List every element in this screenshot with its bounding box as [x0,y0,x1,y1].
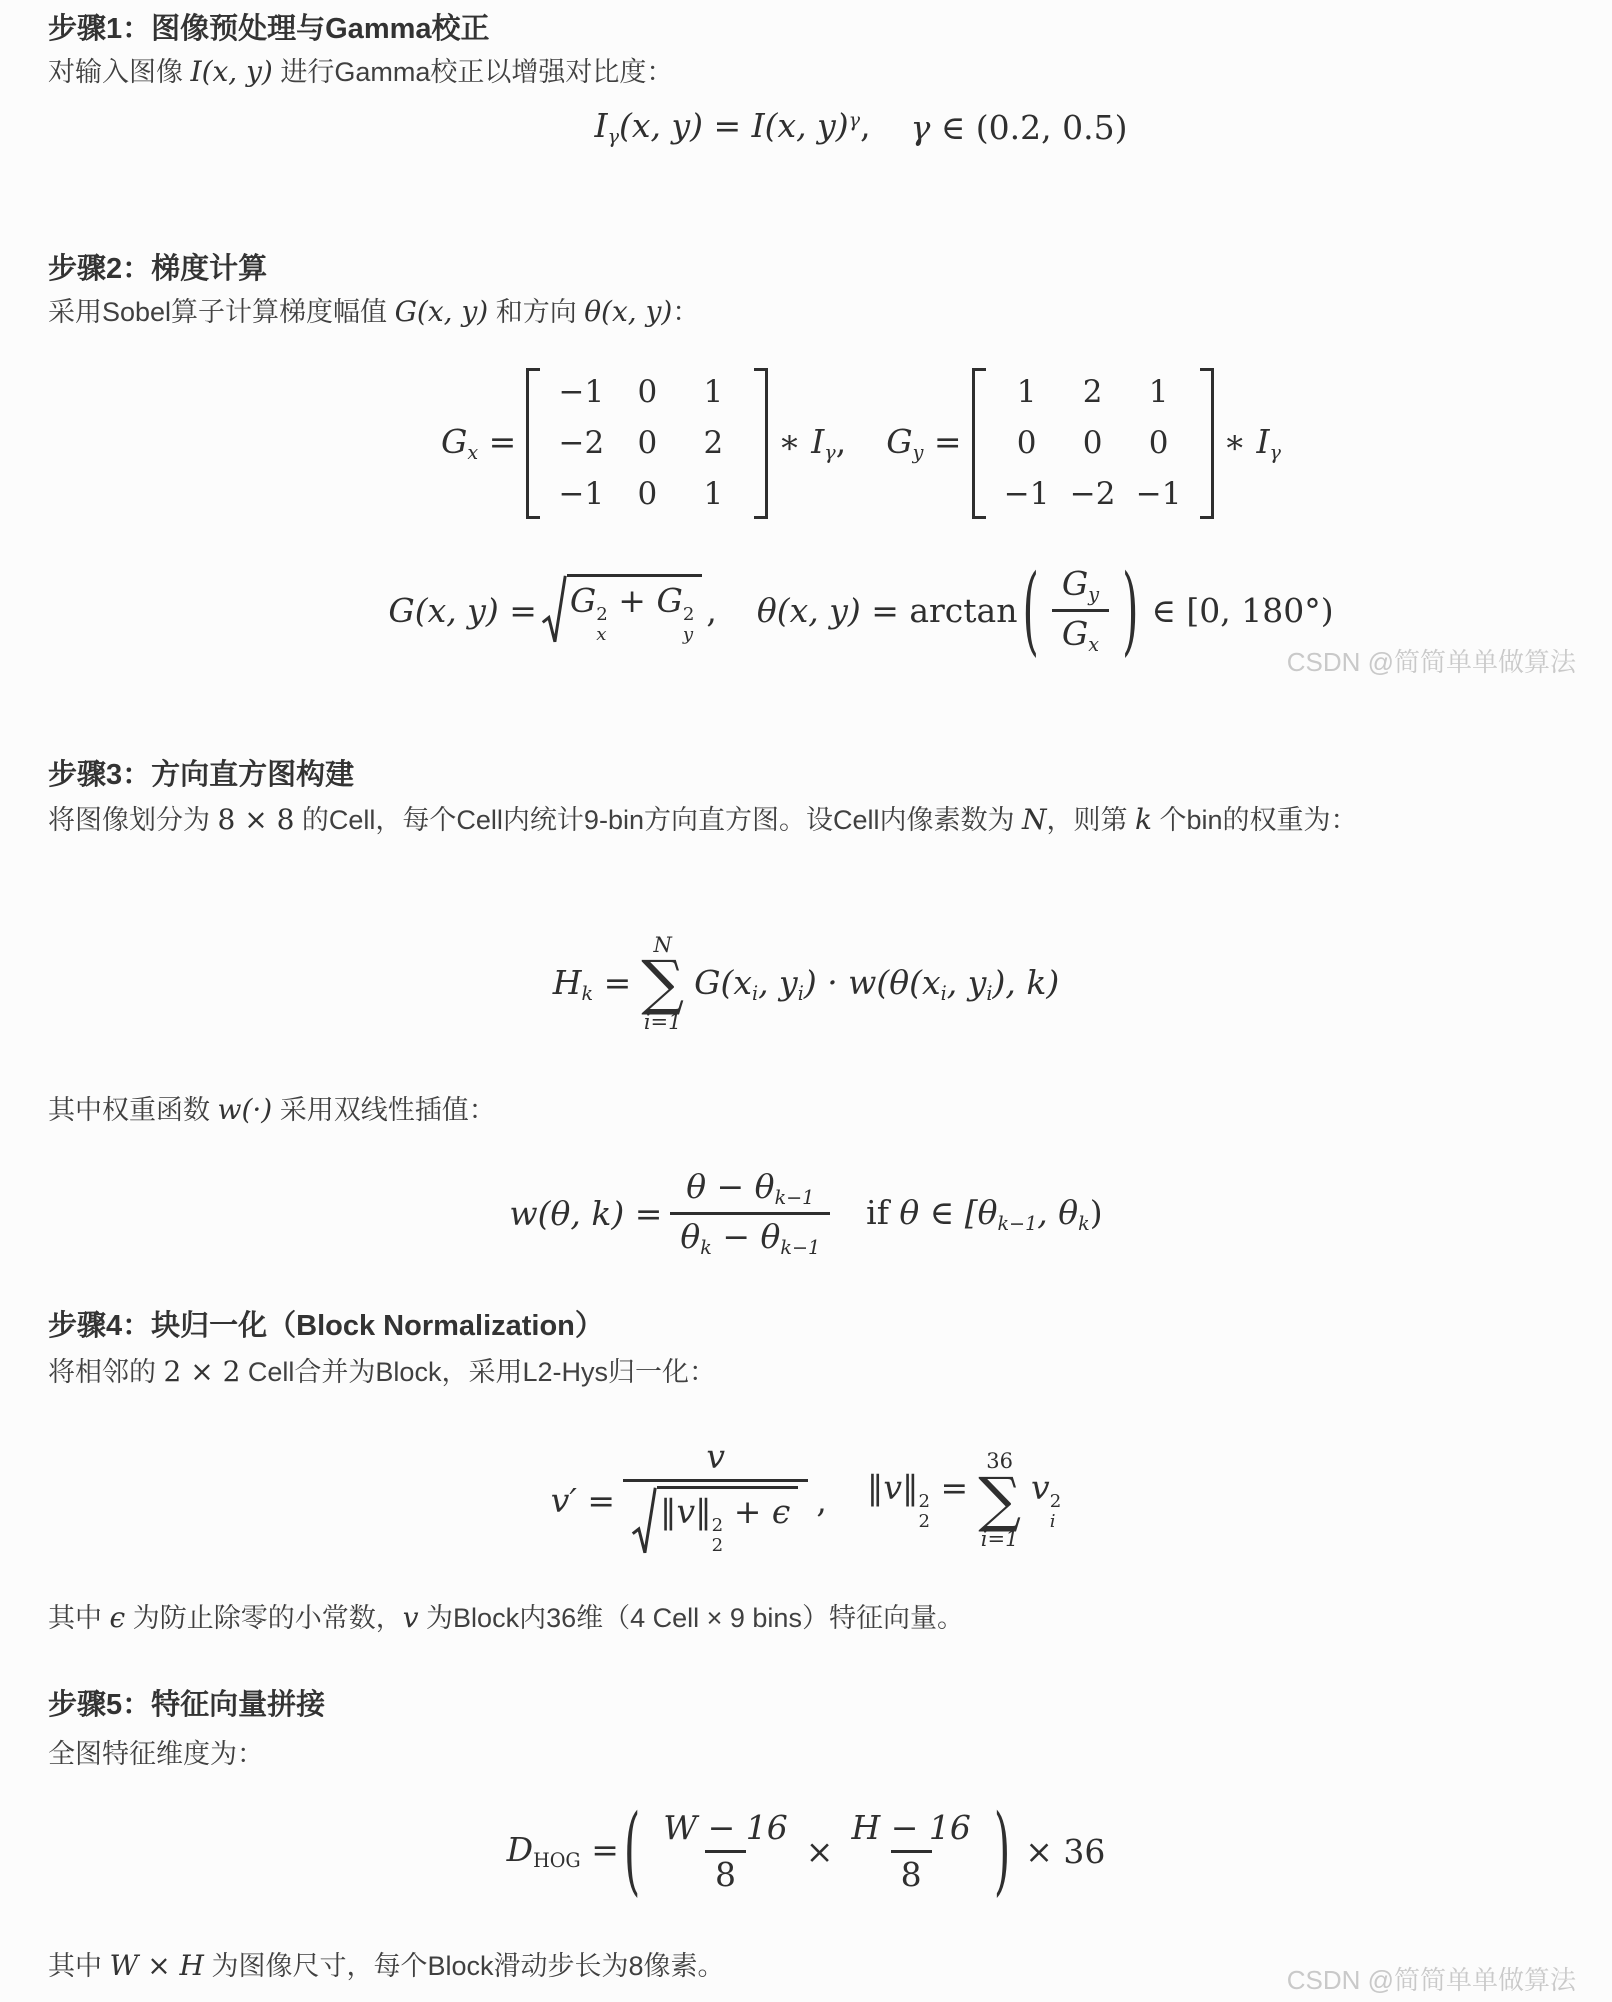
matrix-cell: 0 [1017,428,1037,459]
inline-math: w(·) [218,1093,273,1126]
matrix-cell: −2 [1070,479,1116,510]
math-run: v′ = [551,1481,615,1520]
text-run: Cell合并为Block，采用L2-Hys归一化： [240,1357,716,1387]
subscript: γ [608,125,619,148]
math-run: ) [1090,1193,1103,1232]
math-run: ) · w(θ(x [804,963,941,1002]
matrix-cell: −1 [1004,479,1050,510]
fraction-numerator: Gy [1052,562,1109,609]
paren-left: ( [624,1803,640,1900]
inline-math: I(x, y) [191,55,273,88]
step2-paragraph: 采用Sobel算子计算梯度幅值 G(x, y) 和方向 θ(x, y)： [48,292,1522,332]
subscript: x [1088,633,1099,656]
fraction-numerator: v [696,1435,735,1479]
subscript: y [683,625,693,645]
math-run: ‖v‖22 = [867,1468,968,1532]
text-run: 采用Sobel算子计算梯度幅值 [48,297,395,327]
equals: = [604,963,632,1002]
inline-math: 8 × 8 [218,803,295,836]
math-run: w(θ, k) = [509,1194,662,1233]
math-run: G(x, y) = [388,591,536,630]
math-run: G(x [694,963,752,1002]
convolution-operator: ∗ I [778,422,824,461]
math-run: Gy = [886,422,961,464]
matrix-cells: −101 −202 −101 [540,368,754,519]
superscript: 2 [596,605,608,625]
math-run: G(xi, yi) · w(θ(xi, yi), k) [694,963,1059,1005]
matrix-cell: 2 [703,428,723,459]
matrix-cell: 0 [1149,428,1169,459]
math-run: γ ∈ (0.2, 0.5) [911,108,1128,147]
sum-lower-limit: i=1 [981,1526,1019,1552]
text-run: 将图像划分为 [48,805,218,835]
math-run: θ − θ [686,1167,774,1206]
watermark-text: CSDN @简简单单做算法 [1287,1960,1576,1997]
text-run: 其中权重函数 [48,1095,218,1125]
math-run: , y [947,963,987,1002]
article-page: 步骤1：图像预处理与Gamma校正 对输入图像 I(x, y) 进行Gamma校… [0,0,1612,2002]
math-base: G [1062,564,1088,603]
times: × [806,1832,834,1871]
sum-lower-limit: i=1 [644,1009,682,1035]
math-base: G [441,422,467,461]
superscript: 2 [1050,1492,1062,1512]
sup-sub-stack: 2i [1050,1492,1062,1532]
fraction: Gy Gx [1052,562,1109,659]
sup-sub-stack: 22 [919,1492,931,1532]
superscript: 2 [919,1492,931,1512]
matrix-cell: 0 [637,479,657,510]
step4-paragraph-2: 其中 ϵ 为防止除零的小常数，v 为Block内36维（4 Cell × 9 b… [48,1598,1522,1638]
math-run: (0.2, 0.5) [976,108,1128,147]
math-run: (x, y) = I(x, y) [619,106,849,145]
math-base: I [595,106,608,145]
fraction-numerator: H − 16 [841,1806,980,1850]
step2-heading: 步骤2：梯度计算 [48,246,1522,287]
formula-dimension: DHOG = ( W − 16 8 × H − 16 8 ) × 36 [0,1806,1612,1897]
inline-math: N [1022,803,1047,836]
text-run: 其中 [48,1951,110,1981]
subscript: k−1 [997,1212,1037,1235]
equals: = [934,422,962,461]
matrix-bracket-right [754,368,768,519]
step5-paragraph: 全图特征维度为： [48,1734,1522,1774]
matrix-cell: 1 [1149,377,1169,408]
text-run: 采用双线性插值： [272,1095,496,1125]
math-base: G [886,422,912,461]
formula-gamma: Iγ(x, y) = I(x, y)γ, γ ∈ (0.2, 0.5) [55,106,1612,148]
text-run: 为Block内36维（4 Cell × 9 bins）特征向量。 [419,1603,964,1633]
fraction: θ − θk−1 θk − θk−1 [670,1165,830,1262]
matrix-cell: 0 [637,377,657,408]
fraction-denominator: Gx [1052,609,1109,659]
text-run: ，则第 [1046,805,1135,835]
math-base: H [553,963,582,1002]
paren-right: ) [994,1803,1010,1900]
superscript: 2 [712,1516,724,1536]
math-run: × 36 [1025,1832,1105,1871]
norm-expression: ‖v‖ [867,1468,919,1507]
text-run: 为防止除零的小常数， [125,1603,403,1633]
arctan-label: arctan [909,591,1017,630]
paren-right: ) [1122,562,1138,659]
fraction: H − 16 8 [841,1806,980,1897]
matrix-cell: −1 [558,479,604,510]
text-run: 其中 [48,1603,110,1633]
equals: = [489,422,517,461]
text-run: 将相邻的 [48,1357,164,1387]
math-run: ∗ Iγ [1224,422,1281,464]
math-run: Iγ(x, y) = I(x, y)γ, [595,106,871,148]
math-base: v [1031,1468,1050,1507]
inline-math: G(x, y) [395,295,489,328]
sobel-gx-matrix: −101 −202 −101 [526,368,768,519]
text-run: 对输入图像 [48,57,191,87]
matrix-cell: 0 [637,428,657,459]
comma: , [836,422,847,461]
matrix-cell: −2 [558,428,604,459]
text-run: 进行Gamma校正以增强对比度： [273,57,674,87]
text-run: 全图特征维度为： [48,1739,264,1769]
step1-heading: 步骤1：图像预处理与Gamma校正 [48,6,1522,47]
subscript: y [913,442,924,465]
math-run: ∈ [0, 180°) [1151,591,1333,630]
fraction-denominator: ‖v‖22 + ϵ [623,1479,808,1565]
subscript: k [582,982,594,1005]
step4-heading: 步骤4：块归一化（Block Normalization） [48,1303,1522,1344]
step4-paragraph: 将相邻的 2 × 2 Cell合并为Block，采用L2-Hys归一化： [48,1352,1522,1392]
subscript: k [1078,1212,1090,1235]
subscript: γ [824,442,835,465]
plus: + [618,581,646,620]
sup-sub-stack: 22 [712,1516,724,1556]
step5-heading: 步骤5：特征向量拼接 [48,1682,1522,1723]
subscript: k−1 [775,1186,815,1209]
fraction-denominator: 8 [705,1850,746,1897]
paren-left: ( [1022,562,1038,659]
text-run: ： [672,297,699,327]
subscript: 2 [919,1512,931,1532]
inline-math: v [403,1601,419,1634]
radical-icon [631,1486,657,1558]
superscript: 2 [683,605,695,625]
math-run: v2i [1031,1468,1061,1532]
math-run: θ(x, y) = arctan [757,591,1018,630]
subscript: x [596,625,606,645]
math-run: − θ [712,1217,781,1256]
matrix-cell: 1 [1017,377,1037,408]
convolution-operator: ∗ I [1224,422,1270,461]
fraction-denominator: 8 [891,1850,932,1897]
superscript: γ [849,108,860,131]
subscript: 2 [712,1536,724,1556]
subscript: k−1 [780,1236,820,1259]
step3-heading: 步骤3：方向直方图构建 [48,752,1522,793]
comma: , [706,591,717,630]
math-run: Hk = [553,963,632,1005]
sigma: ∑ [978,1475,1021,1526]
radical-icon [541,574,567,647]
inline-math: 2 × 2 [164,1355,241,1388]
sup-sub-stack: 2y [683,605,695,645]
math-run: θ [680,1217,700,1256]
math-run: DHOG = [507,1830,619,1872]
fraction-numerator: θ − θk−1 [676,1165,824,1212]
formula-weight: w(θ, k) = θ − θk−1 θk − θk−1 if θ ∈ [θk−… [0,1165,1612,1262]
text-run: 个bin的权重为： [1152,805,1358,835]
matrix-cell: 1 [703,377,723,408]
equals: = [591,1830,619,1869]
formula-norm: v′ = v ‖v‖22 + ϵ , ‖v‖22 = 36 ∑ i=1 v2i [0,1435,1612,1565]
norm-expression: ‖v‖ [660,1492,712,1531]
fraction: W − 16 8 [653,1806,798,1897]
math-run: , y [758,963,798,1002]
subscript: y [1088,583,1099,606]
step1-paragraph: 对输入图像 I(x, y) 进行Gamma校正以增强对比度： [48,52,1522,92]
text-run: 和方向 [488,297,584,327]
step3-paragraph: 将图像划分为 8 × 8 的Cell，每个Cell内统计9-bin方向直方图。设… [48,790,1520,850]
summation: N ∑ i=1 [641,932,684,1036]
math-base: G [570,581,596,620]
matrix-cell: 0 [1083,428,1103,459]
text-run: 的Cell，每个Cell内统计9-bin方向直方图。设Cell内像素数为 [294,805,1022,835]
fraction-numerator: W − 16 [653,1806,798,1850]
inline-math: W × H [110,1949,204,1982]
step3-paragraph-2: 其中权重函数 w(·) 采用双线性插值： [48,1090,1522,1130]
formula-sobel: Gx = −101 −202 −101 ∗ Iγ, Gy = 121 000 −… [55,368,1612,519]
if-label: if [866,1193,899,1232]
matrix-cell: 2 [1083,377,1103,408]
math-run: , θ [1037,1193,1078,1232]
inline-math: ϵ [110,1601,126,1634]
matrix-cells: 121 000 −1−2−1 [986,368,1200,519]
square-root: ‖v‖22 + ϵ [631,1486,798,1558]
math-run: + ϵ [723,1492,790,1531]
math-run: ), k) [993,963,1060,1002]
matrix-bracket-right [1200,368,1214,519]
formula-histogram: Hk = N ∑ i=1 G(xi, yi) · w(θ(xi, yi), k) [0,932,1612,1036]
matrix-cell: −1 [558,377,604,408]
matrix-bracket-left [526,368,540,519]
matrix-cell: −1 [1136,479,1182,510]
math-base: G [1062,614,1088,653]
subscript: γ [1270,442,1281,465]
math-run: ∗ Iγ, [778,422,846,464]
radicand: G2x + G2y [567,574,703,647]
subscript: HOG [533,1849,581,1872]
summation: 36 ∑ i=1 [978,1448,1021,1552]
inline-math: k [1135,803,1152,836]
matrix-cell: 1 [703,479,723,510]
comma: , [860,106,871,145]
subscript: x [467,442,478,465]
equals: = [941,1468,969,1507]
fraction: v ‖v‖22 + ϵ [623,1435,808,1565]
subscript: k [700,1236,712,1259]
matrix-bracket-left [972,368,986,519]
text-run: 为图像尺寸，每个Block滑动步长为8像素。 [204,1951,725,1981]
inline-math: θ(x, y) [584,295,672,328]
sobel-gy-matrix: 121 000 −1−2−1 [972,368,1214,519]
sigma: ∑ [641,958,684,1009]
watermark-text: CSDN @简简单单做算法 [1287,642,1576,679]
radicand: ‖v‖22 + ϵ [657,1486,798,1558]
comma: , [816,1481,827,1520]
sup-sub-stack: 2x [596,605,608,645]
math-base: G [656,581,682,620]
fraction-denominator: θk − θk−1 [670,1212,830,1262]
square-root: G2x + G2y [541,574,703,647]
math-run: Gx = [441,422,516,464]
math-run: if θ ∈ [θk−1, θk) [866,1193,1102,1235]
math-run: θ ∈ [θ [899,1193,997,1232]
math-run: γ ∈ [911,108,976,147]
math-run: θ(x, y) = [757,591,909,630]
subscript: i [1050,1512,1056,1532]
math-base: D [507,1830,533,1869]
